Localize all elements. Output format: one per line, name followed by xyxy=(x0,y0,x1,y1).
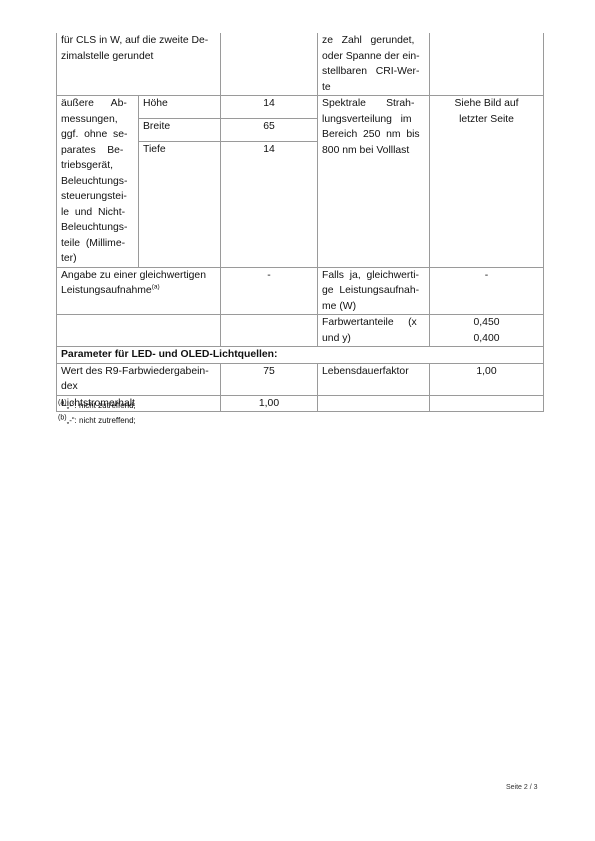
document-page: für CLS in W, auf die zweite De-zimalste… xyxy=(0,0,595,841)
footnote-b-text: „-“: nicht zutreffend; xyxy=(67,416,136,425)
table-row-dimensions: äußere Ab-messungen,ggf. ohne se-parates… xyxy=(57,96,544,119)
lumen-maintenance-empty-right-label xyxy=(318,395,430,412)
dimension-width-value: 65 xyxy=(221,118,318,141)
table-row-equivalent-power: Angabe zu einer gleichwertigenLeistungsa… xyxy=(57,267,544,315)
cri-value-cell xyxy=(430,33,544,96)
dimension-height-value: 14 xyxy=(221,96,318,119)
table-row-r9: Wert des R9-Farbwiedergabein-dex 75 Lebe… xyxy=(57,363,544,395)
footnote-a-marker: (a) xyxy=(58,399,67,406)
dimension-width-label: Breite xyxy=(139,118,221,141)
lumen-maintenance-empty-right-value xyxy=(430,395,544,412)
led-section-heading: Parameter für LED- und OLED-Lichtquellen… xyxy=(57,347,544,364)
lifetime-factor-label-cell: Lebensdauerfaktor xyxy=(318,363,430,395)
table-row-led-section: Parameter für LED- und OLED-Lichtquellen… xyxy=(57,347,544,364)
footnotes: (a)„-“: nicht zutreffend; (b)„-“: nicht … xyxy=(58,398,136,428)
chromaticity-label-cell: Farbwertanteile (xund y) xyxy=(318,315,430,347)
equivalent-power-label-cell: Angabe zu einer gleichwertigenLeistungsa… xyxy=(57,267,221,315)
dimensions-label-cell: äußere Ab-messungen,ggf. ohne se-parates… xyxy=(57,96,139,268)
footnote-a-text: „-“: nicht zutreffend; xyxy=(67,401,136,410)
dimension-depth-label: Tiefe xyxy=(139,141,221,267)
chromaticity-empty-value-cell xyxy=(221,315,318,347)
cls-value-cell xyxy=(221,33,318,96)
chromaticity-x-value: 0,450 xyxy=(434,315,539,331)
footnote-a: (a)„-“: nicht zutreffend; xyxy=(58,398,136,413)
lumen-maintenance-value-cell: 1,00 xyxy=(221,395,318,412)
chromaticity-value-cell: 0,450 0,400 xyxy=(430,315,544,347)
chromaticity-y-value: 0,400 xyxy=(434,331,539,347)
page-number: Seite 2 / 3 xyxy=(506,784,538,791)
equivalent-power-watts-value-cell: - xyxy=(430,267,544,315)
product-information-table: für CLS in W, auf die zweite De-zimalste… xyxy=(56,33,544,412)
equivalent-power-value-cell: - xyxy=(221,267,318,315)
cri-label-cell: ze Zahl gerundet,oder Spanne der ein-ste… xyxy=(318,33,430,96)
chromaticity-empty-label-cell xyxy=(57,315,221,347)
spectral-distribution-value-cell: Siehe Bild aufletzter Seite xyxy=(430,96,544,268)
equivalent-power-watts-label-cell: Falls ja, gleichwerti-ge Leistungsaufnah… xyxy=(318,267,430,315)
r9-value-cell: 75 xyxy=(221,363,318,395)
spectral-distribution-label-cell: Spektrale Strah-lungsverteilung imBereic… xyxy=(318,96,430,268)
lifetime-factor-value-cell: 1,00 xyxy=(430,363,544,395)
cls-label-cell: für CLS in W, auf die zweite De-zimalste… xyxy=(57,33,221,96)
footnote-b: (b)„-“: nicht zutreffend; xyxy=(58,413,136,428)
footnote-b-marker: (b) xyxy=(58,414,67,421)
footnote-ref-a: (a) xyxy=(152,284,160,291)
r9-label-cell: Wert des R9-Farbwiedergabein-dex xyxy=(57,363,221,395)
dimension-depth-value: 14 xyxy=(221,141,318,267)
table-row-chromaticity: Farbwertanteile (xund y) 0,450 0,400 xyxy=(57,315,544,347)
table-row-cls: für CLS in W, auf die zweite De-zimalste… xyxy=(57,33,544,96)
dimension-height-label: Höhe xyxy=(139,96,221,119)
